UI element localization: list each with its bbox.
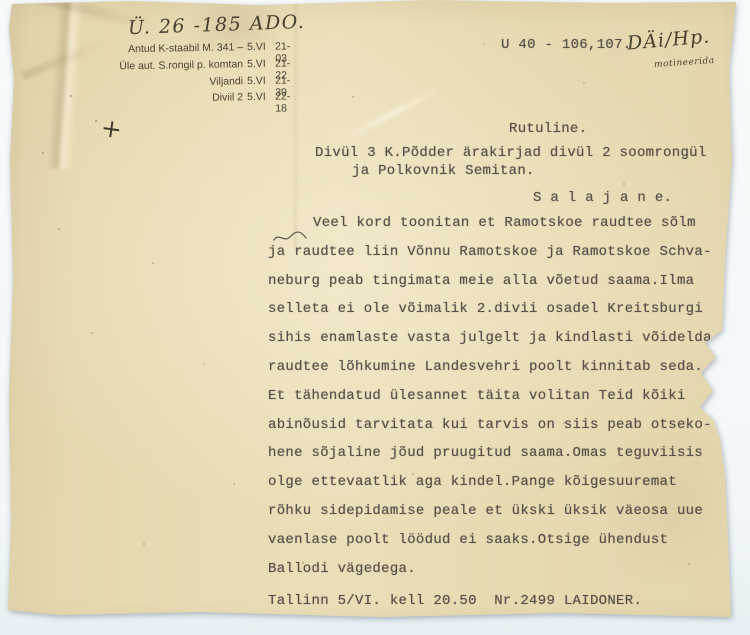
body-line: hene sõjaline jõud pruugitud saama.Omas … bbox=[268, 439, 733, 468]
body-line: sihis enamlaste vasta julgelt ja kindlas… bbox=[268, 324, 733, 353]
body-line: neburg peab tingimata meie alla võetud s… bbox=[268, 267, 733, 296]
log-date: 5.VI bbox=[247, 58, 266, 70]
registry-ref-handwritten: Ü. 26 -185 ADO. bbox=[128, 11, 306, 39]
body-line: ja raudtee liin Võnnu Ramotskoe ja Ramot… bbox=[268, 238, 733, 267]
addressee-line-1: Divül 3 K.Põdder ärakirjad divül 2 soomr… bbox=[315, 145, 707, 161]
signoff-line: Tallinn 5/VI. kell 20.50 Nr.2499 LAIDONE… bbox=[268, 587, 733, 616]
file-ref-typed: U 40 - 106,107. bbox=[501, 37, 632, 53]
paper-specks bbox=[0, 0, 2, 2]
paper-shadow-wrap: Ü. 26 -185 ADO. Antud K-staabil M. 341 –… bbox=[0, 0, 750, 635]
body-line: selleta ei ole võimalik 2.divii osadel K… bbox=[268, 295, 733, 324]
log-recipient: Diviil 2 bbox=[85, 91, 243, 106]
body-line: Veel kord toonitan et Ramotskoe raudtee … bbox=[268, 209, 733, 238]
body-line: rõhku sidepidamise peale et ükski üksik … bbox=[268, 497, 733, 526]
body-line: raudtee lõhkumine Landesvehri poolt kinn… bbox=[268, 353, 733, 382]
log-recipient: Üle aut. S.rongil p. komtan bbox=[85, 58, 243, 73]
classification-label: S a l a j a n e. bbox=[533, 190, 672, 206]
log-recipient: Viljandi bbox=[85, 75, 243, 90]
body-line: Et tähendatud ülesannet täita volitan Te… bbox=[268, 382, 733, 411]
body-paragraph: Veel kord toonitan et Ramotskoe raudtee … bbox=[268, 209, 733, 616]
body-line: vaenlase poolt löödud ei saaks.Otsige üh… bbox=[268, 526, 733, 555]
cross-mark: + bbox=[99, 113, 124, 145]
log-time: 22-18 bbox=[275, 90, 291, 114]
paper-crease bbox=[336, 84, 445, 146]
log-date: 5.VI bbox=[247, 41, 266, 53]
note-handwritten: motineerida bbox=[654, 56, 715, 70]
log-recipient: Antud K-staabil M. 341 – bbox=[85, 41, 243, 56]
addressee-line-2: ja Polkovnik Semitan. bbox=[352, 163, 535, 179]
body-line: olge ettevaatlik aga kindel.Pange kõiges… bbox=[268, 468, 733, 497]
body-line: Ballodi vägedega. bbox=[268, 555, 733, 584]
body-line: abinõusid tarvitata kui tarvis on siis p… bbox=[268, 411, 733, 440]
initials-handwritten: DÄi/Hp. bbox=[626, 25, 711, 54]
log-date: 5.VI bbox=[247, 91, 266, 103]
document-page: Ü. 26 -185 ADO. Antud K-staabil M. 341 –… bbox=[0, 0, 750, 635]
urgency-label: Rutuline. bbox=[509, 121, 587, 137]
scan-background: Ü. 26 -185 ADO. Antud K-staabil M. 341 –… bbox=[0, 0, 750, 635]
paper-crease bbox=[46, 0, 84, 170]
log-date: 5.VI bbox=[247, 75, 266, 87]
